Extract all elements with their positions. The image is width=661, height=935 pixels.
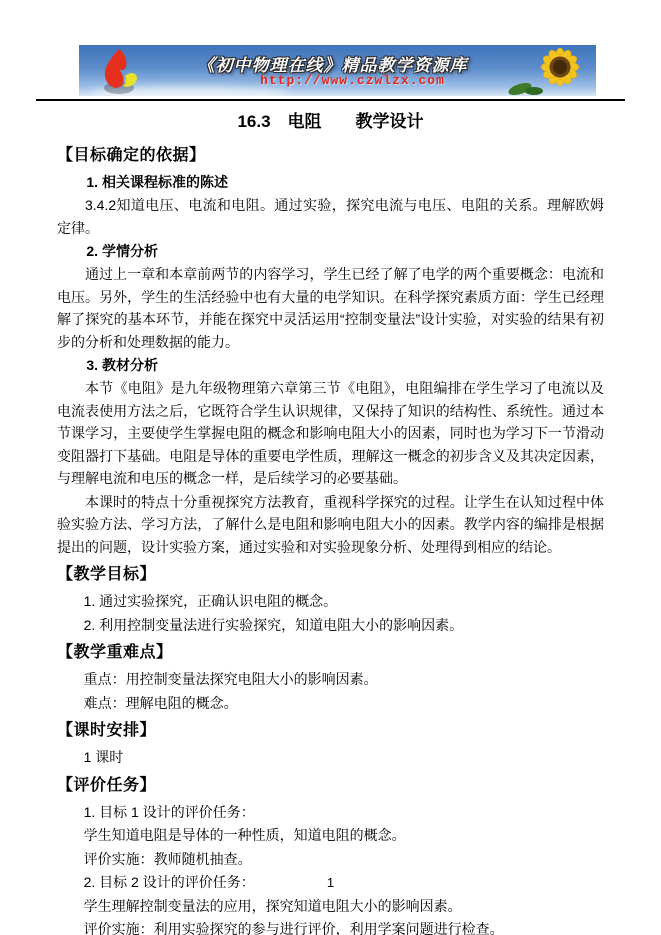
document-content: 16.3 电阻 教学设计 【目标确定的依据】 1. 相关课程标准的陈述 3.4.…	[57, 103, 604, 935]
sub-heading-material-analysis: 3. 教材分析	[57, 354, 604, 376]
page-number: 1	[0, 875, 661, 890]
objective-item-1: 1. 通过实验探究，正确认识电阻的概念。	[57, 590, 604, 613]
paragraph-standard-statement: 3.4.2知道电压、电流和电阻。通过实验，探究电流与电压、电阻的关系。理解欧姆定…	[57, 194, 604, 239]
objective-item-2: 2. 利用控制变量法进行实验探究，知道电阻大小的影响因素。	[57, 614, 604, 637]
key-point-line: 重点：用控制变量法探究电阻大小的影响因素。	[57, 668, 604, 691]
paragraph-material-analysis-1: 本节《电阻》是九年级物理第六章第三节《电阻》，电阻编排在学生学习了电流以及电流表…	[57, 377, 604, 490]
section-heading-key-difficult-points: 【教学重难点】	[57, 641, 604, 665]
sunflower-icon	[498, 45, 594, 96]
lesson-schedule-line: 1 课时	[57, 746, 604, 769]
sub-heading-learner-analysis: 2. 学情分析	[57, 240, 604, 262]
paragraph-material-analysis-2: 本课时的特点十分重视探究方法教育，重视科学探究的过程。让学生在认知过程中体验实验…	[57, 491, 604, 559]
evaluation-line-2: 学生知道电阻是导体的一种性质，知道电阻的概念。	[57, 824, 604, 847]
section-heading-evaluation-tasks: 【评价任务】	[57, 774, 604, 798]
evaluation-line-3: 评价实施：教师随机抽查。	[57, 848, 604, 871]
flame-logo-icon	[95, 47, 141, 96]
header-divider	[36, 99, 625, 101]
evaluation-line-6: 评价实施：利用实验探究的参与进行评价，利用学案问题进行检查。	[57, 918, 604, 935]
evaluation-line-1: 1. 目标 1 设计的评价任务：	[57, 801, 604, 824]
sub-heading-curriculum-standard: 1. 相关课程标准的陈述	[57, 171, 604, 193]
paragraph-learner-analysis: 通过上一章和本章前两节的内容学习，学生已经了解了电学的两个重要概念：电流和电压。…	[57, 263, 604, 353]
section-heading-objectives: 【教学目标】	[57, 563, 604, 587]
page-title: 16.3 电阻 教学设计	[57, 107, 604, 132]
section-heading-lesson-schedule: 【课时安排】	[57, 719, 604, 743]
difficult-point-line: 难点：理解电阻的概念。	[57, 692, 604, 715]
section-heading-basis: 【目标确定的依据】	[57, 144, 604, 168]
site-url: http://www.czwlzx.com	[239, 73, 466, 88]
evaluation-line-5: 学生理解控制变量法的应用，探究知道电阻大小的影响因素。	[57, 895, 604, 918]
document-page: 《初中物理在线》精品教学资源库 http://www.czwlzx.com	[0, 0, 661, 935]
site-banner: 《初中物理在线》精品教学资源库 http://www.czwlzx.com	[79, 45, 596, 96]
